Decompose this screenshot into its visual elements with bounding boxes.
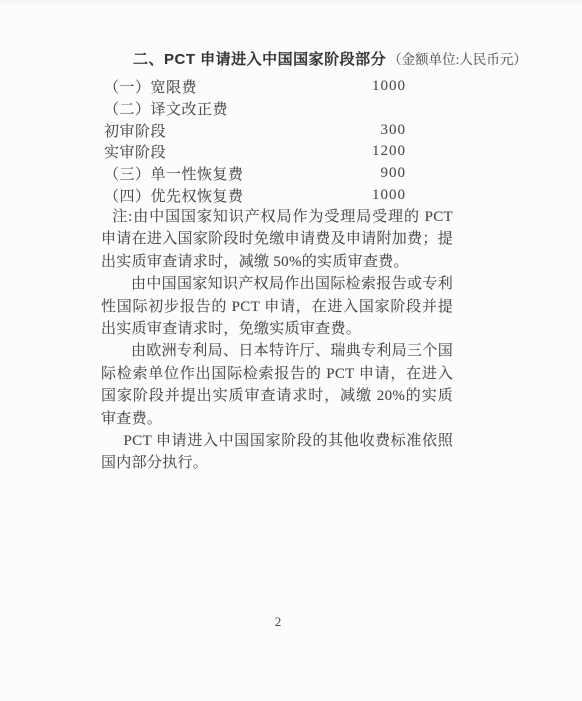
fee-row: （一）宽限费 1000 [104,76,406,98]
fee-row: （二）译文改正费 [104,98,406,120]
section-title-unit-note: （金额单位:人民币元） [388,52,527,67]
fee-value: 1000 [372,187,406,204]
fee-value: 1000 [372,78,406,95]
fee-value: 300 [381,122,407,139]
note-paragraph: 由中国国家知识产权局作出国际检索报告或专利性国际初步报告的 PCT 申请，在进入… [101,273,453,340]
section-title: 二、PCT 申请进入中国国家阶段部分（金额单位:人民币元） [133,48,527,69]
fee-row: 初审阶段 300 [104,119,406,141]
fee-row: （三）单一性恢复费 900 [104,163,406,185]
fee-table: （一）宽限费 1000 （二）译文改正费 初审阶段 300 实审阶段 1200 … [104,76,406,206]
note-paragraph: 由欧洲专利局、日本特许厅、瑞典专利局三个国际检索单位作出国际检索报告的 PCT … [101,340,453,430]
note-paragraph: 注:由中国国家知识产权局作为受理局受理的 PCT 申请在进入国家阶段时免缴申请费… [101,206,453,273]
fee-label: 实审阶段 [104,141,166,162]
fee-label: （三）单一性恢复费 [104,163,244,184]
fee-label: 初审阶段 [104,120,166,141]
note-paragraph: PCT 申请进入中国国家阶段的其他收费标准依照国内部分执行。 [101,430,453,475]
fee-label: （二）译文改正费 [104,98,228,119]
fee-label: （一）宽限费 [104,76,197,97]
fee-value: 900 [381,165,407,182]
fee-value: 1200 [372,143,406,160]
page-number: 2 [270,614,286,630]
scanned-document-page: 二、PCT 申请进入中国国家阶段部分（金额单位:人民币元） （一）宽限费 100… [0,0,582,701]
fee-row: 实审阶段 1200 [104,141,406,163]
section-title-text: 二、PCT 申请进入中国国家阶段部分 [133,51,386,68]
fee-label: （四）优先权恢复费 [104,185,244,206]
fee-row: （四）优先权恢复费 1000 [104,184,406,206]
notes-section: 注:由中国国家知识产权局作为受理局受理的 PCT 申请在进入国家阶段时免缴申请费… [101,206,453,475]
